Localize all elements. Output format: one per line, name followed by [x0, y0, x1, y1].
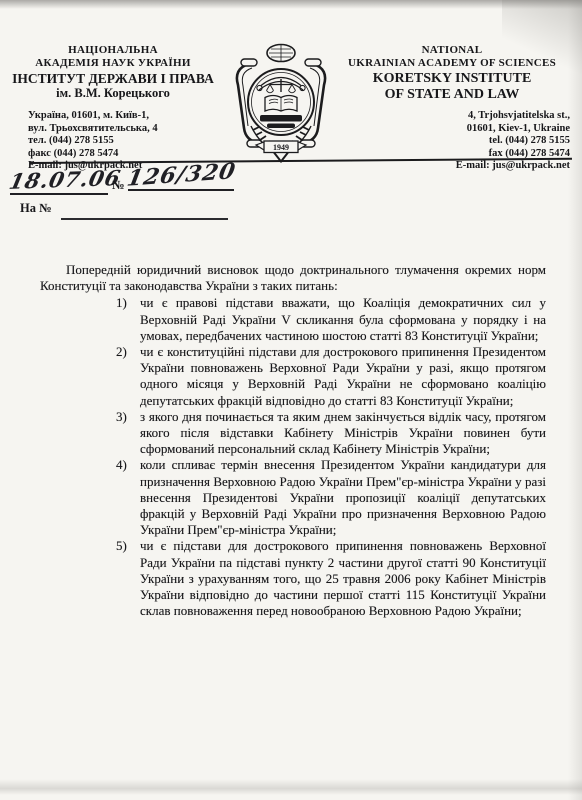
question-text: з якого дня починається та яким днем зак… [140, 409, 546, 456]
address-line: 01601, Kiev-1, Ukraine [456, 123, 570, 136]
institute-name-english: KORETSKY INSTITUTE OF STATE AND LAW [330, 71, 574, 102]
org-name-line1: NATIONAL [330, 44, 574, 57]
question-text: чи є правові підстави вважати, що Коаліц… [140, 295, 546, 342]
questions-list: 1) чи є правові підстави вважати, що Коа… [140, 295, 546, 619]
document-body: Попередній юридичний висновок щодо доктр… [40, 262, 546, 619]
handwritten-date: 18.07.06 [7, 165, 124, 194]
outgoing-number-field: 126/320 [128, 162, 234, 191]
intro-paragraph: Попередній юридичний висновок щодо доктр… [40, 262, 546, 294]
email-line: E-mail: jus@ukrpack.net [456, 160, 570, 173]
scanned-letter-page: НАЦІОНАЛЬНА АКАДЕМІЯ НАУК УКРАЇНИ ІНСТИТ… [0, 0, 582, 800]
question-item: 1) чи є правові підстави вважати, що Коа… [140, 295, 546, 344]
question-item: 5) чи є підстави для дострокового припин… [140, 538, 546, 619]
institute-name-ukrainian: ІНСТИТУТ ДЕРЖАВИ І ПРАВА ім. В.М. Корець… [2, 71, 224, 101]
institute-name-line2: ім. В.М. Корецького [2, 86, 224, 101]
question-number: 4) [116, 457, 127, 473]
address-line: вул. Трьохсвятительська, 4 [28, 123, 158, 136]
org-name-english: NATIONAL UKRAINIAN ACADEMY OF SCIENCES [330, 44, 574, 70]
reply-to-label: На № [20, 201, 52, 216]
question-number: 2) [116, 344, 127, 360]
question-item: 4) коли спливає термін внесення Президен… [140, 457, 546, 538]
number-sign-label: № [112, 178, 125, 193]
scan-shadow-bottom [0, 779, 582, 795]
question-number: 3) [116, 409, 127, 425]
address-line: tel. (044) 278 5155 [456, 135, 570, 148]
open-book-icon [265, 96, 297, 112]
org-name-line1: НАЦІОНАЛЬНА [6, 44, 220, 57]
question-number: 5) [116, 538, 127, 554]
org-name-line2: UKRAINIAN ACADEMY OF SCIENCES [330, 57, 574, 70]
question-text: коли спливає термін внесення Президентом… [140, 457, 546, 537]
year-banner: 1949 [256, 141, 306, 162]
org-name-line2: АКАДЕМІЯ НАУК УКРАЇНИ [6, 57, 220, 70]
seal-year-text: 1949 [273, 143, 289, 152]
address-line: Україна, 01601, м. Київ-1, [28, 110, 158, 123]
handwritten-number: 126/320 [125, 158, 238, 191]
question-number: 1) [116, 295, 127, 311]
address-line: 4, Trjohsvjatitelska st., [456, 110, 570, 123]
address-line: факс (044) 278 5474 [28, 148, 158, 161]
scan-shadow-right [568, 0, 582, 800]
outgoing-date-field: 18.07.06 [10, 167, 108, 195]
reply-to-blank-line [61, 218, 228, 220]
institute-name-line1: ІНСТИТУТ ДЕРЖАВИ І ПРАВА [2, 71, 224, 86]
question-item: 3) з якого дня починається та яким днем … [140, 409, 546, 458]
question-text: чи є підстави для дострокового припиненн… [140, 538, 546, 618]
address-block-english: 4, Trjohsvjatitelska st., 01601, Kiev-1,… [456, 110, 570, 173]
org-name-ukrainian: НАЦІОНАЛЬНА АКАДЕМІЯ НАУК УКРАЇНИ [6, 44, 220, 70]
address-line: тел. (044) 278 5155 [28, 135, 158, 148]
scan-shadow-top [0, 0, 582, 9]
question-item: 2) чи є конституційні підстави для достр… [140, 344, 546, 409]
institute-seal-emblem: 1949 [229, 42, 333, 166]
institute-name-line1: KORETSKY INSTITUTE [330, 71, 574, 87]
crest-top-icon [267, 45, 295, 62]
question-text: чи є конституційні підстави для достроко… [140, 344, 546, 408]
institute-name-line2: OF STATE AND LAW [330, 87, 574, 103]
